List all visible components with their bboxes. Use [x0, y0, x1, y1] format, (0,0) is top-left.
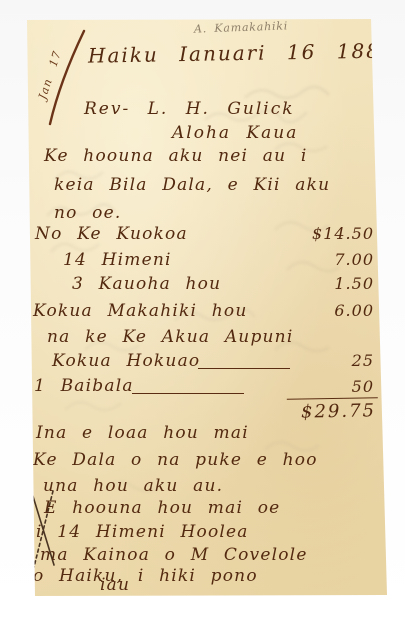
- paragraph-line: ma Kainoa o M Covelole: [40, 545, 308, 565]
- paragraph-line: keia Bila Dala, e Kii aku: [54, 175, 330, 195]
- paragraph-line: Ina e loaa hou mai: [36, 423, 249, 443]
- paragraph-line: i 14 Himeni Hoolea: [36, 522, 249, 542]
- ledger-label: Kokua Makahiki hou: [33, 301, 248, 321]
- ledger-label: 1 Baibala: [34, 376, 134, 396]
- ledger-label: No Ke Kuokoa: [35, 224, 188, 244]
- recipient: Rev- L. H. Gulick: [84, 99, 295, 119]
- ledger-label: na ke Ke Akua Aupuni: [47, 327, 293, 347]
- ledger-dash: [198, 367, 290, 369]
- paper: A. Kamakahiki Jan 17 Haiku Ianuari 16 18…: [26, 19, 388, 596]
- ledger-amount: $14.50: [312, 224, 374, 243]
- paragraph-line: E hoouna hou mai oe: [44, 498, 280, 518]
- ledger-amount: 7.00: [334, 250, 374, 269]
- paragraph-line: iau: [100, 575, 130, 595]
- ledger-dash: [132, 392, 244, 394]
- paragraph-line: no oe.: [54, 203, 122, 223]
- ledger-amount: 25: [352, 351, 374, 370]
- paragraph-line: Ke Dala o na puke e hoo: [33, 450, 318, 470]
- paragraph-line: una hou aku au.: [43, 476, 223, 496]
- scanned-letter-page: { "document": { "archival_note": "A. Kam…: [0, 0, 405, 620]
- ledger-amount: 6.00: [334, 301, 374, 320]
- ledger-label: Kokua Hokuao: [52, 351, 200, 371]
- ledger-amount: 50: [352, 377, 374, 396]
- ledger-total: $29.75: [287, 397, 378, 423]
- ledger-amount: 1.50: [334, 274, 374, 293]
- ledger-label: 3 Kauoha hou: [72, 274, 221, 294]
- paragraph-line: o Haiku, i hiki pono: [33, 566, 258, 586]
- paragraph-line: Ke hoouna aku nei au i: [44, 146, 308, 166]
- ledger-label: 14 Himeni: [63, 250, 172, 270]
- salutation: Aloha Kaua: [172, 123, 298, 143]
